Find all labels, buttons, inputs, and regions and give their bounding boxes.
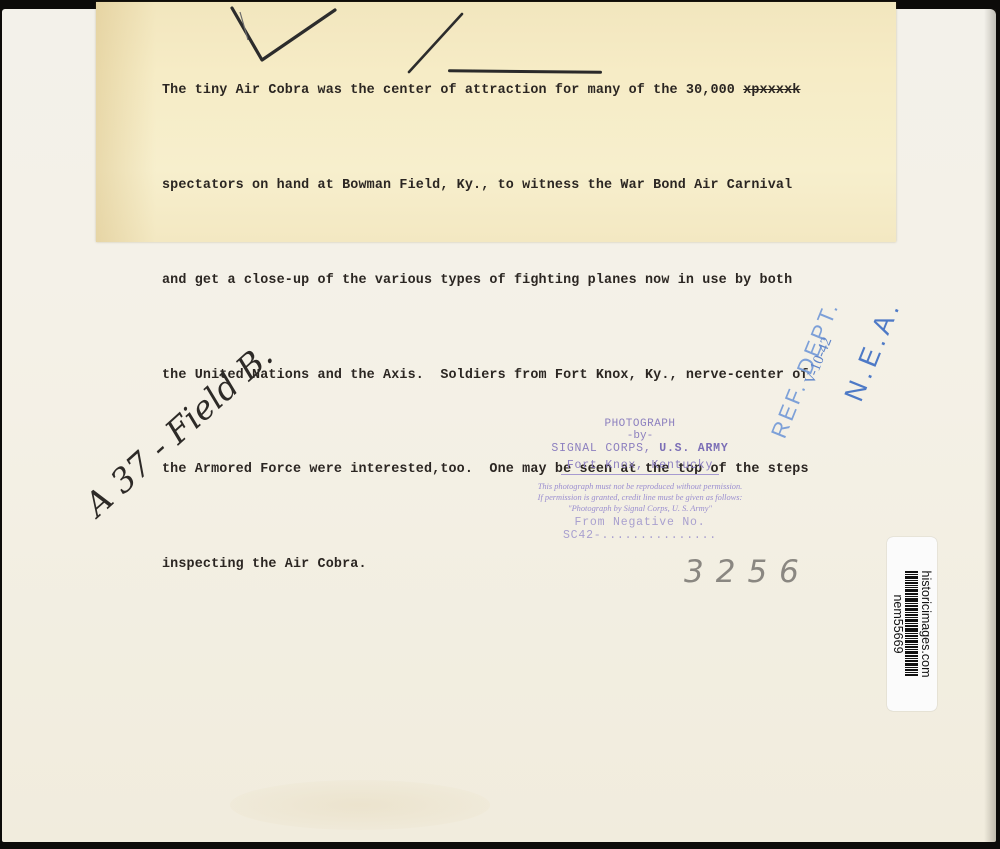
barcode-label: historicimages.com nem55669 bbox=[887, 537, 937, 711]
stamp-negative-number: From Negative No. SC42-............... bbox=[500, 516, 780, 542]
nea-agency-text: N.E.A. bbox=[839, 255, 924, 406]
ref-dept-stamp: REF. DEPT. V-10-42 N.E.A. bbox=[720, 255, 940, 465]
caption-line-1: The tiny Air Cobra was the center of att… bbox=[162, 75, 902, 107]
stamp-location: Fort Knox, Kentucky bbox=[561, 459, 719, 475]
typed-caption-slip: The tiny Air Cobra was the center of att… bbox=[96, 2, 896, 242]
caption-line-2: spectators on hand at Bowman Field, Ky.,… bbox=[162, 170, 902, 202]
barcode-site-text: historicimages.com bbox=[920, 571, 933, 678]
stamp-fine-print-1: This photograph must not be reproduced w… bbox=[500, 481, 780, 492]
struck-out-word: xpxxxxk bbox=[743, 83, 800, 98]
stamp-us-army: U.S. ARMY bbox=[659, 442, 728, 455]
barcode-id-text: nem55669 bbox=[892, 594, 905, 653]
stamp-fine-print-3: "Photograph by Signal Corps, U. S. Army" bbox=[500, 503, 780, 514]
stamp-signal-corps-prefix: SIGNAL CORPS, bbox=[551, 442, 659, 455]
handwritten-number: 3256 bbox=[684, 554, 811, 590]
barcode-icon bbox=[906, 571, 919, 677]
barcode-label-content: historicimages.com nem55669 bbox=[888, 543, 936, 705]
caption-line-1-text: The tiny Air Cobra was the center of att… bbox=[162, 83, 743, 98]
stamp-fine-print-2: If permission is granted, credit line mu… bbox=[500, 492, 780, 503]
